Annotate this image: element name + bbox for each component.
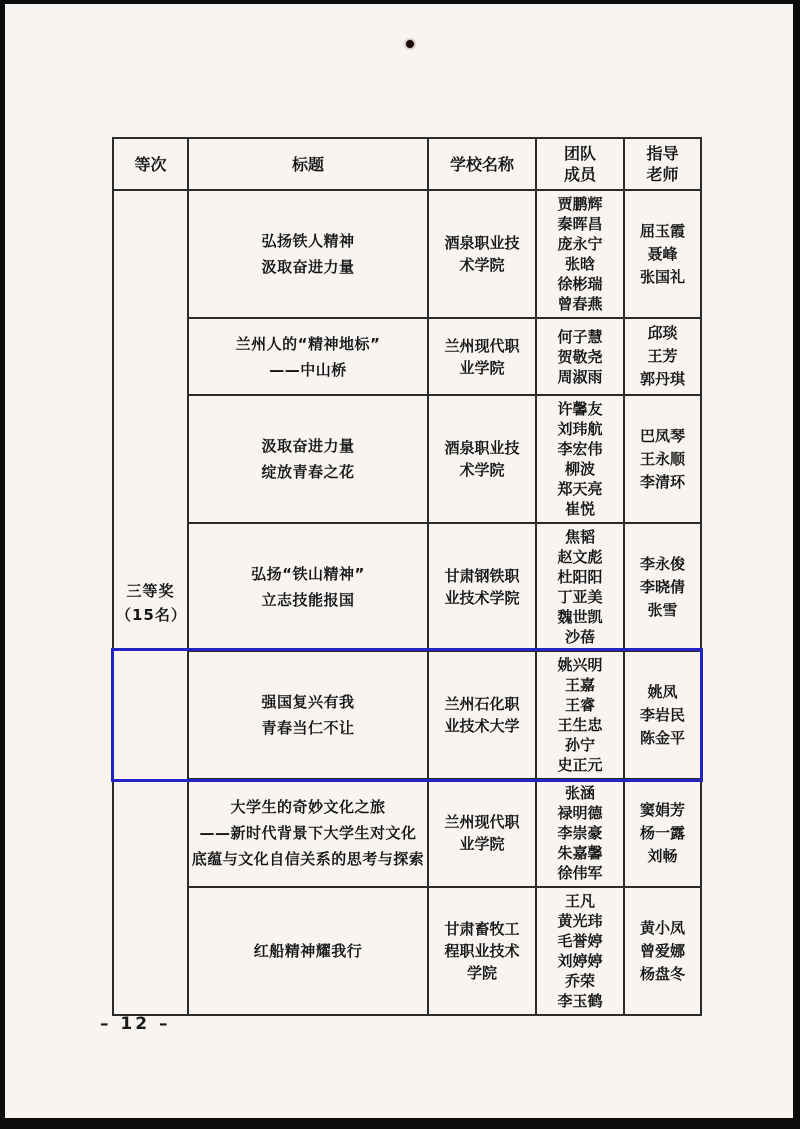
advisor-name: 杨盘冬 [627, 963, 698, 986]
entry-title-line: 兰州人的“精神地标” [191, 331, 425, 357]
member-name: 黄光玮 [539, 911, 621, 931]
scan-edge-top [0, 0, 800, 4]
table-row: 红船精神耀我行 甘肃畜牧工程职业技术学院 王凡黄光玮毛誉婷刘婷婷乔荣李玉鹤 黄小… [113, 887, 701, 1015]
awards-table-header: 等次标题学校名称团队成员指导老师 [113, 138, 701, 190]
member-name: 魏世凯 [539, 607, 621, 627]
header-row: 等次标题学校名称团队成员指导老师 [113, 138, 701, 190]
member-name: 徐伟军 [539, 863, 621, 883]
table-row: 三等奖（15名）弘扬铁人精神汲取奋进力量 酒泉职业技术学院 贾鹏辉秦晖昌庞永宁张… [113, 190, 701, 318]
advisor-name: 李清环 [627, 471, 698, 494]
member-name: 李玉鹤 [539, 991, 621, 1011]
entry-title-line: 绽放青春之花 [191, 459, 425, 485]
advisor-name: 聂峰 [627, 243, 698, 266]
entry-members-cell: 何子慧贺敬尧周淑雨 [536, 318, 624, 395]
entry-title-cell: 兰州人的“精神地标”——中山桥 [188, 318, 428, 395]
entry-school-cell: 甘肃钢铁职业技术学院 [428, 523, 536, 651]
member-name: 沙蓓 [539, 627, 621, 647]
member-name: 朱嘉馨 [539, 843, 621, 863]
member-name: 张涵 [539, 783, 621, 803]
entry-title-line: ——新时代背景下大学生对文化 [191, 820, 425, 846]
column-header-2: 学校名称 [428, 138, 536, 190]
rank-cell-line: （15名） [116, 603, 185, 627]
member-name: 赵文彪 [539, 547, 621, 567]
entry-title-cell: 弘扬铁人精神汲取奋进力量 [188, 190, 428, 318]
advisor-name: 窦娟芳 [627, 799, 698, 822]
entry-title-line: 青春当仁不让 [191, 715, 425, 741]
member-name: 崔悦 [539, 499, 621, 519]
advisor-name: 王永顺 [627, 448, 698, 471]
advisor-name: 姚凤 [627, 681, 698, 704]
entry-members-cell: 焦韬赵文彪杜阳阳丁亚美魏世凯沙蓓 [536, 523, 624, 651]
entry-members-cell: 姚兴明王嘉王睿王生忠孙宁史正元 [536, 651, 624, 779]
entry-school: 兰州现代职业学院 [440, 811, 524, 855]
awards-table-body: 三等奖（15名）弘扬铁人精神汲取奋进力量 酒泉职业技术学院 贾鹏辉秦晖昌庞永宁张… [113, 190, 701, 1015]
entry-title-cell: 红船精神耀我行 [188, 887, 428, 1015]
member-name: 姚兴明 [539, 655, 621, 675]
entry-members-cell: 张涵禄明德李崇豪朱嘉馨徐伟军 [536, 779, 624, 887]
entry-school-cell: 甘肃畜牧工程职业技术学院 [428, 887, 536, 1015]
scan-edge-right [793, 0, 800, 1129]
entry-title-line: 强国复兴有我 [191, 689, 425, 715]
scan-edge-left [0, 0, 5, 1129]
member-name: 孙宁 [539, 735, 621, 755]
member-name: 周淑雨 [539, 367, 621, 387]
member-name: 王睿 [539, 695, 621, 715]
entry-advisors-cell: 黄小凤曾爱娜杨盘冬 [624, 887, 701, 1015]
entry-school-cell: 兰州现代职业学院 [428, 318, 536, 395]
column-header-line: 等次 [116, 154, 185, 175]
member-name: 柳波 [539, 459, 621, 479]
entry-school-cell: 兰州现代职业学院 [428, 779, 536, 887]
member-name: 李宏伟 [539, 439, 621, 459]
member-name: 史正元 [539, 755, 621, 775]
member-name: 贺敬尧 [539, 347, 621, 367]
entry-advisors-cell: 李永俊李晓倩张雪 [624, 523, 701, 651]
entry-title-line: 红船精神耀我行 [191, 938, 425, 964]
advisor-name: 杨一露 [627, 822, 698, 845]
member-name: 张晗 [539, 254, 621, 274]
advisor-name: 王芳 [627, 345, 698, 368]
advisor-name: 李岩民 [627, 704, 698, 727]
advisor-name: 郭丹琪 [627, 368, 698, 391]
advisor-name: 刘畅 [627, 845, 698, 868]
advisor-name: 邱琰 [627, 322, 698, 345]
entry-members-cell: 许馨友刘玮航李宏伟柳波郑天亮崔悦 [536, 395, 624, 523]
table-row: 弘扬“铁山精神”立志技能报国 甘肃钢铁职业技术学院 焦韬赵文彪杜阳阳丁亚美魏世凯… [113, 523, 701, 651]
entry-title-cell: 汲取奋进力量绽放青春之花 [188, 395, 428, 523]
entry-advisors-cell: 窦娟芳杨一露刘畅 [624, 779, 701, 887]
entry-school-cell: 兰州石化职业技术大学 [428, 651, 536, 779]
entry-school: 兰州石化职业技术大学 [440, 693, 524, 737]
member-name: 曾春燕 [539, 294, 621, 314]
entry-school-cell: 酒泉职业技术学院 [428, 395, 536, 523]
entry-title-line: 大学生的奇妙文化之旅 [191, 794, 425, 820]
member-name: 徐彬瑞 [539, 274, 621, 294]
advisor-name: 李晓倩 [627, 576, 698, 599]
table-row: 汲取奋进力量绽放青春之花 酒泉职业技术学院 许馨友刘玮航李宏伟柳波郑天亮崔悦 巴… [113, 395, 701, 523]
entry-advisors-cell: 巴凤琴王永顺李清环 [624, 395, 701, 523]
entry-school-cell: 酒泉职业技术学院 [428, 190, 536, 318]
entry-title-cell: 大学生的奇妙文化之旅——新时代背景下大学生对文化底蕴与文化自信关系的思考与探索 [188, 779, 428, 887]
advisor-name: 巴凤琴 [627, 425, 698, 448]
entry-title-line: 弘扬铁人精神 [191, 228, 425, 254]
advisor-name: 陈金平 [627, 727, 698, 750]
entry-title-cell: 强国复兴有我青春当仁不让 [188, 651, 428, 779]
member-name: 焦韬 [539, 527, 621, 547]
rank-cell: 三等奖（15名） [113, 190, 188, 1015]
member-name: 王嘉 [539, 675, 621, 695]
column-header-line: 老师 [627, 164, 698, 185]
entry-school: 酒泉职业技术学院 [440, 232, 524, 276]
advisor-name: 曾爱娜 [627, 940, 698, 963]
member-name: 何子慧 [539, 327, 621, 347]
awards-table: 等次标题学校名称团队成员指导老师 三等奖（15名）弘扬铁人精神汲取奋进力量 酒泉… [112, 137, 702, 1016]
column-header-line: 学校名称 [431, 154, 533, 175]
advisor-name: 黄小凤 [627, 917, 698, 940]
column-header-0: 等次 [113, 138, 188, 190]
table-row: 兰州人的“精神地标”——中山桥 兰州现代职业学院 何子慧贺敬尧周淑雨 邱琰王芳郭… [113, 318, 701, 395]
member-name: 秦晖昌 [539, 214, 621, 234]
advisor-name: 张国礼 [627, 266, 698, 289]
column-header-line: 标题 [191, 154, 425, 175]
scanned-page: 等次标题学校名称团队成员指导老师 三等奖（15名）弘扬铁人精神汲取奋进力量 酒泉… [0, 0, 800, 1129]
member-name: 王生忠 [539, 715, 621, 735]
rank-cell-line: 三等奖 [116, 579, 185, 603]
member-name: 丁亚美 [539, 587, 621, 607]
entry-title-line: 底蕴与文化自信关系的思考与探索 [191, 846, 425, 872]
member-name: 禄明德 [539, 803, 621, 823]
entry-advisors-cell: 姚凤李岩民陈金平 [624, 651, 701, 779]
column-header-line: 成员 [539, 164, 621, 185]
member-name: 许馨友 [539, 399, 621, 419]
entry-title-line: 弘扬“铁山精神” [191, 561, 425, 587]
member-name: 庞永宁 [539, 234, 621, 254]
entry-members-cell: 王凡黄光玮毛誉婷刘婷婷乔荣李玉鹤 [536, 887, 624, 1015]
ink-speck [406, 40, 414, 48]
page-number: – 12 – [100, 1014, 171, 1034]
member-name: 毛誉婷 [539, 931, 621, 951]
advisor-name: 李永俊 [627, 553, 698, 576]
table-row: 强国复兴有我青春当仁不让 兰州石化职业技术大学 姚兴明王嘉王睿王生忠孙宁史正元 … [113, 651, 701, 779]
entry-title-line: 汲取奋进力量 [191, 254, 425, 280]
entry-school: 酒泉职业技术学院 [440, 437, 524, 481]
column-header-3: 团队成员 [536, 138, 624, 190]
entry-advisors-cell: 邱琰王芳郭丹琪 [624, 318, 701, 395]
column-header-1: 标题 [188, 138, 428, 190]
member-name: 刘婷婷 [539, 951, 621, 971]
column-header-4: 指导老师 [624, 138, 701, 190]
member-name: 李崇豪 [539, 823, 621, 843]
member-name: 乔荣 [539, 971, 621, 991]
member-name: 杜阳阳 [539, 567, 621, 587]
entry-advisors-cell: 屈玉霞聂峰张国礼 [624, 190, 701, 318]
entry-members-cell: 贾鹏辉秦晖昌庞永宁张晗徐彬瑞曾春燕 [536, 190, 624, 318]
entry-school: 兰州现代职业学院 [440, 335, 524, 379]
entry-title-line: 汲取奋进力量 [191, 433, 425, 459]
member-name: 王凡 [539, 891, 621, 911]
entry-school: 甘肃钢铁职业技术学院 [440, 565, 524, 609]
table-row: 大学生的奇妙文化之旅——新时代背景下大学生对文化底蕴与文化自信关系的思考与探索 … [113, 779, 701, 887]
entry-title-line: ——中山桥 [191, 357, 425, 383]
member-name: 郑天亮 [539, 479, 621, 499]
entry-title-cell: 弘扬“铁山精神”立志技能报国 [188, 523, 428, 651]
column-header-line: 团队 [539, 143, 621, 164]
member-name: 贾鹏辉 [539, 194, 621, 214]
member-name: 刘玮航 [539, 419, 621, 439]
advisor-name: 张雪 [627, 599, 698, 622]
entry-title-line: 立志技能报国 [191, 587, 425, 613]
column-header-line: 指导 [627, 143, 698, 164]
advisor-name: 屈玉霞 [627, 220, 698, 243]
entry-school: 甘肃畜牧工程职业技术学院 [440, 918, 524, 984]
scan-edge-bottom [0, 1118, 800, 1129]
